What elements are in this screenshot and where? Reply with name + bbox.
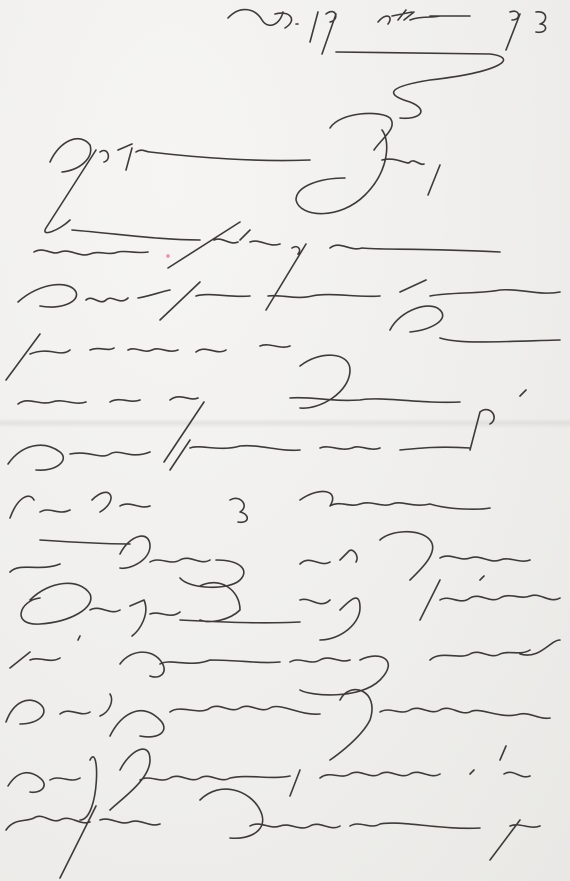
date-strokes	[228, 10, 546, 119]
letter-page: D. 19 Octb. 93 Geehrter Herr, kaum hatte…	[0, 0, 570, 881]
handwriting-ink	[0, 0, 570, 881]
body-strokes	[6, 222, 560, 878]
salutation-strokes	[45, 113, 440, 232]
